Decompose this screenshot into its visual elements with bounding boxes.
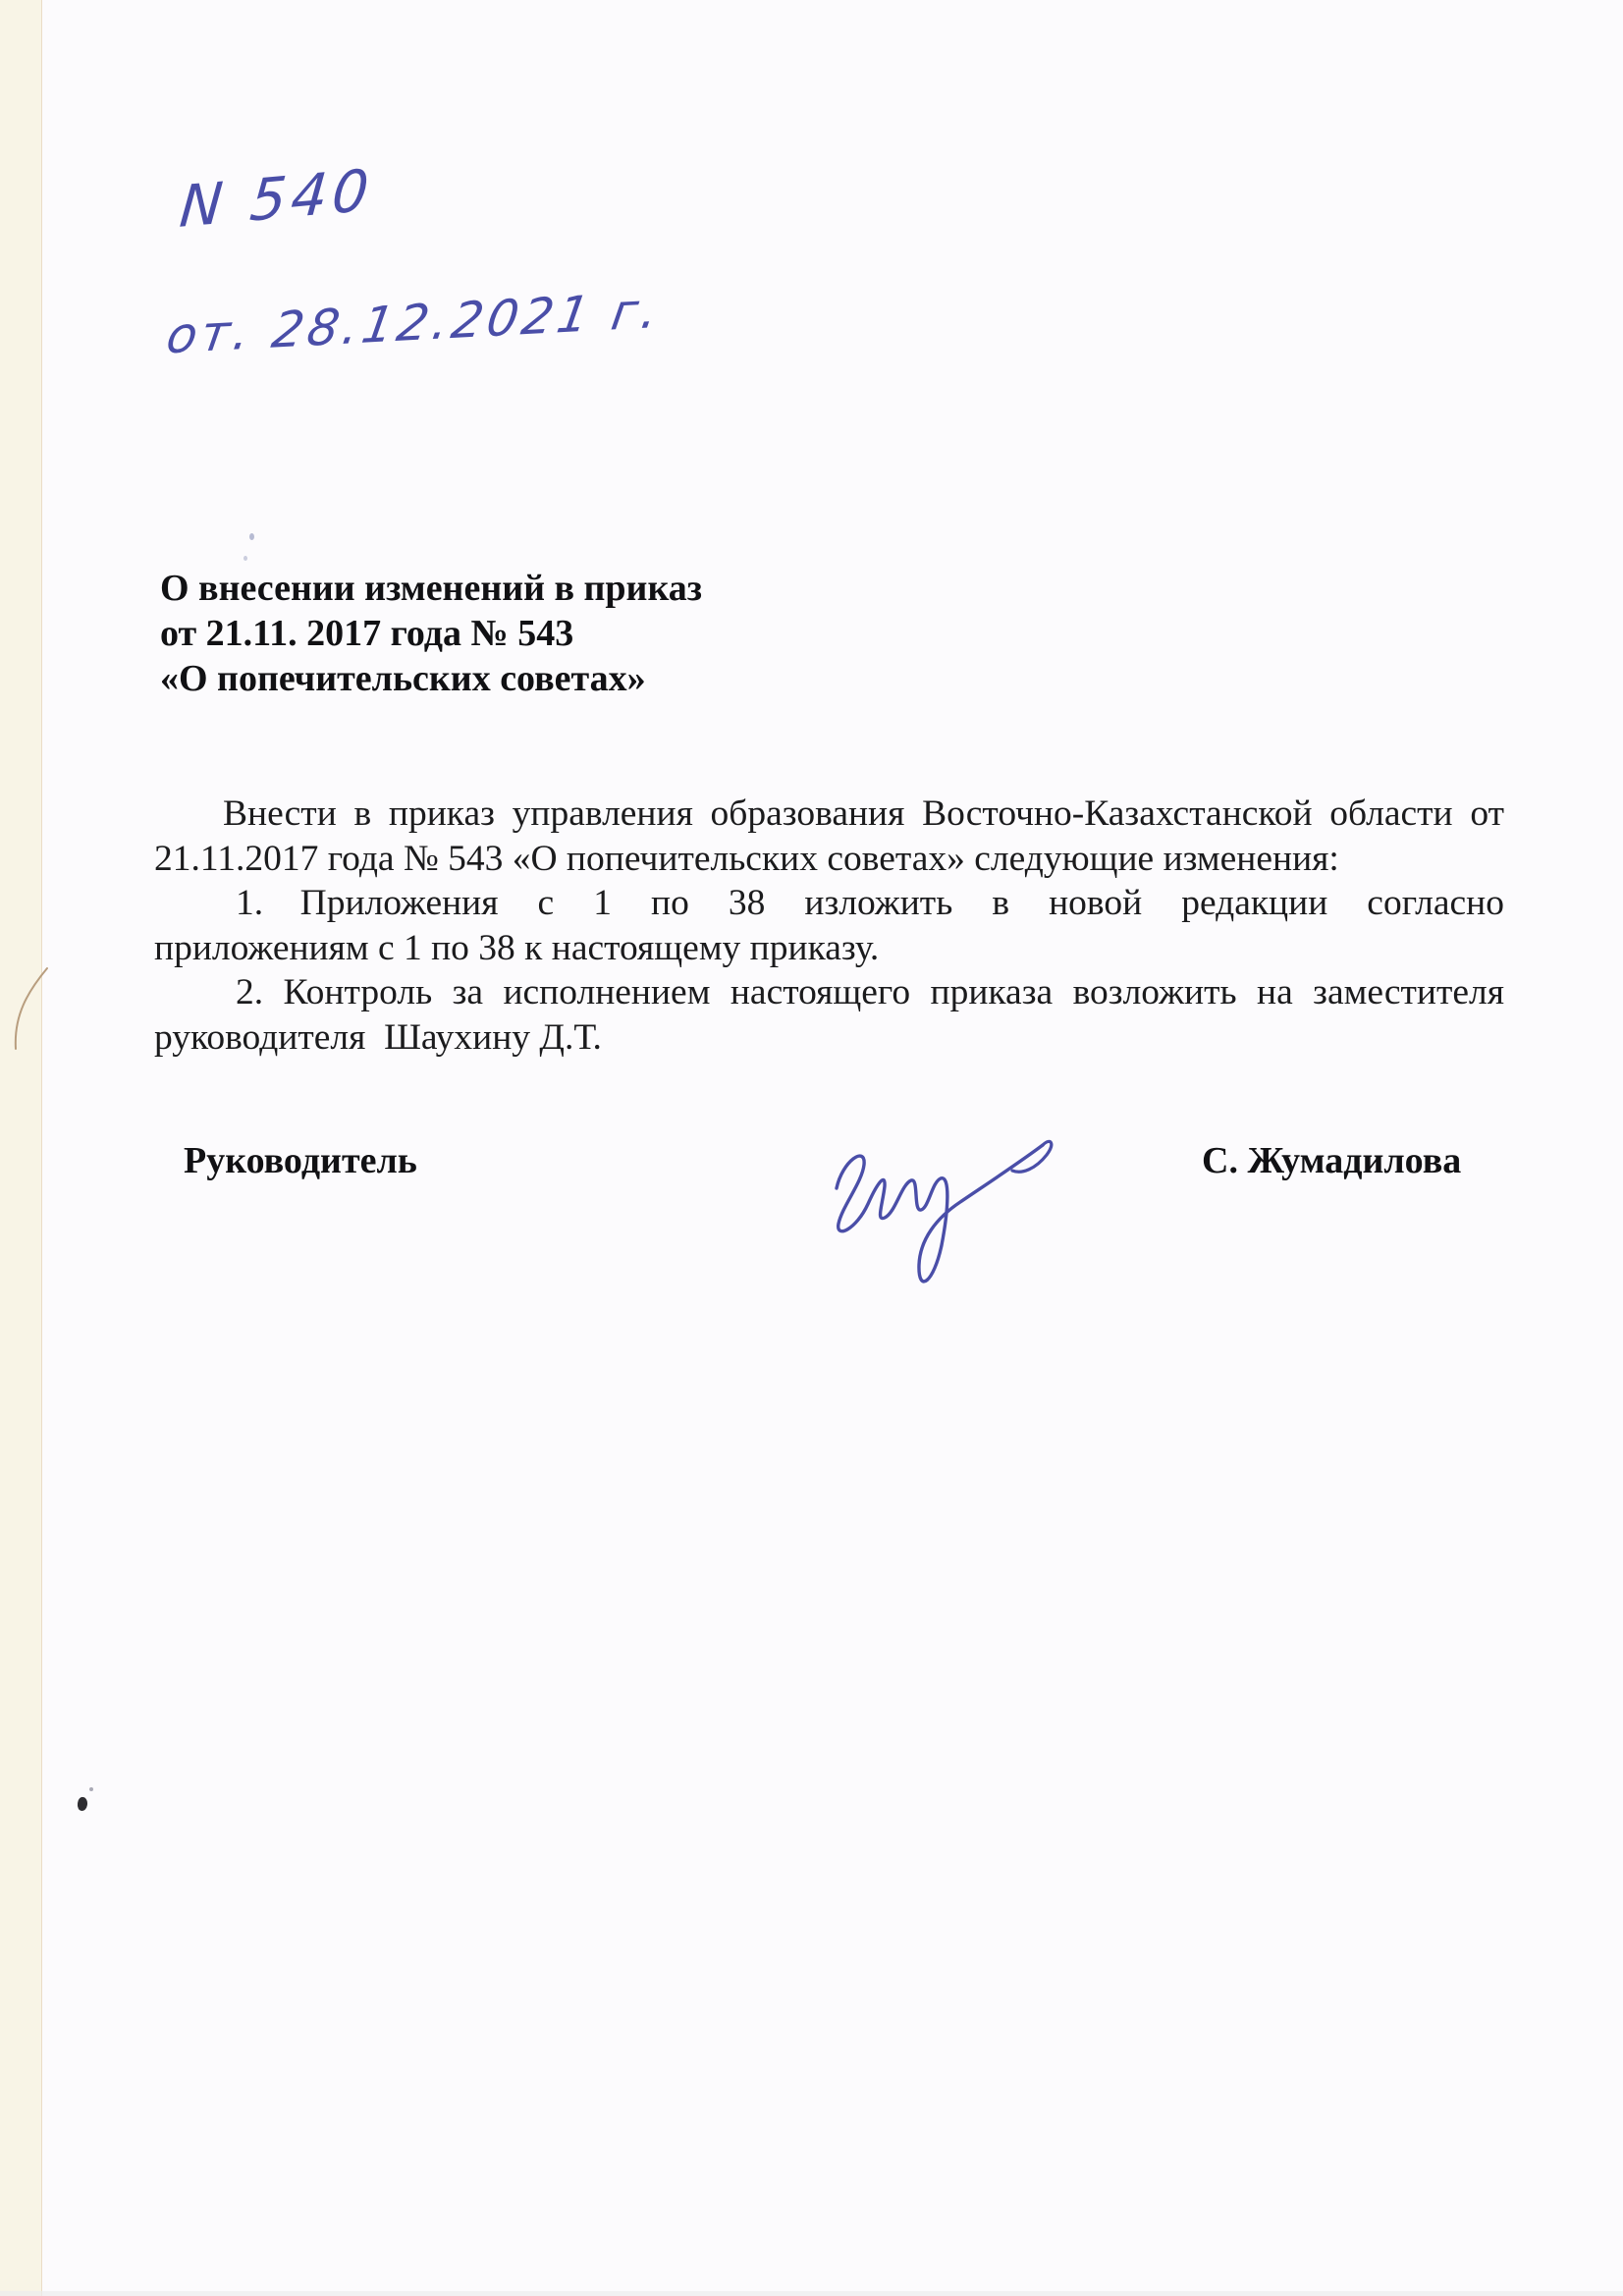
body-line: Внести в приказ управления образования В…	[154, 792, 1504, 837]
body-line: 21.11.2017 года № 543 «О попечительских …	[154, 837, 1504, 882]
heading-line: О внесении изменений в приказ	[160, 566, 702, 611]
scan-speck	[89, 1787, 93, 1791]
handwritten-order-number: N 540	[177, 156, 376, 241]
scan-speck	[243, 556, 247, 561]
order-heading: О внесении изменений в приказ от 21.11. …	[160, 566, 702, 701]
body-line: приложениям с 1 по 38 к настоящему прика…	[154, 926, 1504, 971]
scanned-document-page: N 540 от. 28.12.2021 г. О внесении измен…	[0, 0, 1623, 2296]
heading-line: «О попечительских советах»	[160, 656, 702, 701]
stray-pen-stroke	[16, 968, 47, 1049]
signature-flourish-stroke	[1012, 1141, 1052, 1172]
scan-speck-diamond	[77, 1796, 88, 1811]
signature-main-stroke	[837, 1145, 1043, 1282]
scanner-bottom-edge	[0, 2291, 1623, 2296]
body-line: 2. Контроль за исполнением настоящего пр…	[154, 970, 1504, 1015]
handwritten-order-date: от. 28.12.2021 г.	[163, 282, 666, 365]
scanner-edge-strip	[0, 0, 42, 2296]
order-body: Внести в приказ управления образования В…	[154, 792, 1504, 1060]
stray-pen-mark	[4, 964, 53, 1053]
heading-line: от 21.11. 2017 года № 543	[160, 611, 702, 656]
signatory-title: Руководитель	[184, 1139, 417, 1182]
signature-ink	[823, 1118, 1078, 1304]
signatory-name: С. Жумадилова	[1202, 1139, 1461, 1182]
body-line: руководителя Шаухину Д.Т.	[154, 1015, 1504, 1061]
scan-speck	[249, 533, 254, 540]
body-line: 1. Приложения с 1 по 38 изложить в новой…	[154, 881, 1504, 926]
